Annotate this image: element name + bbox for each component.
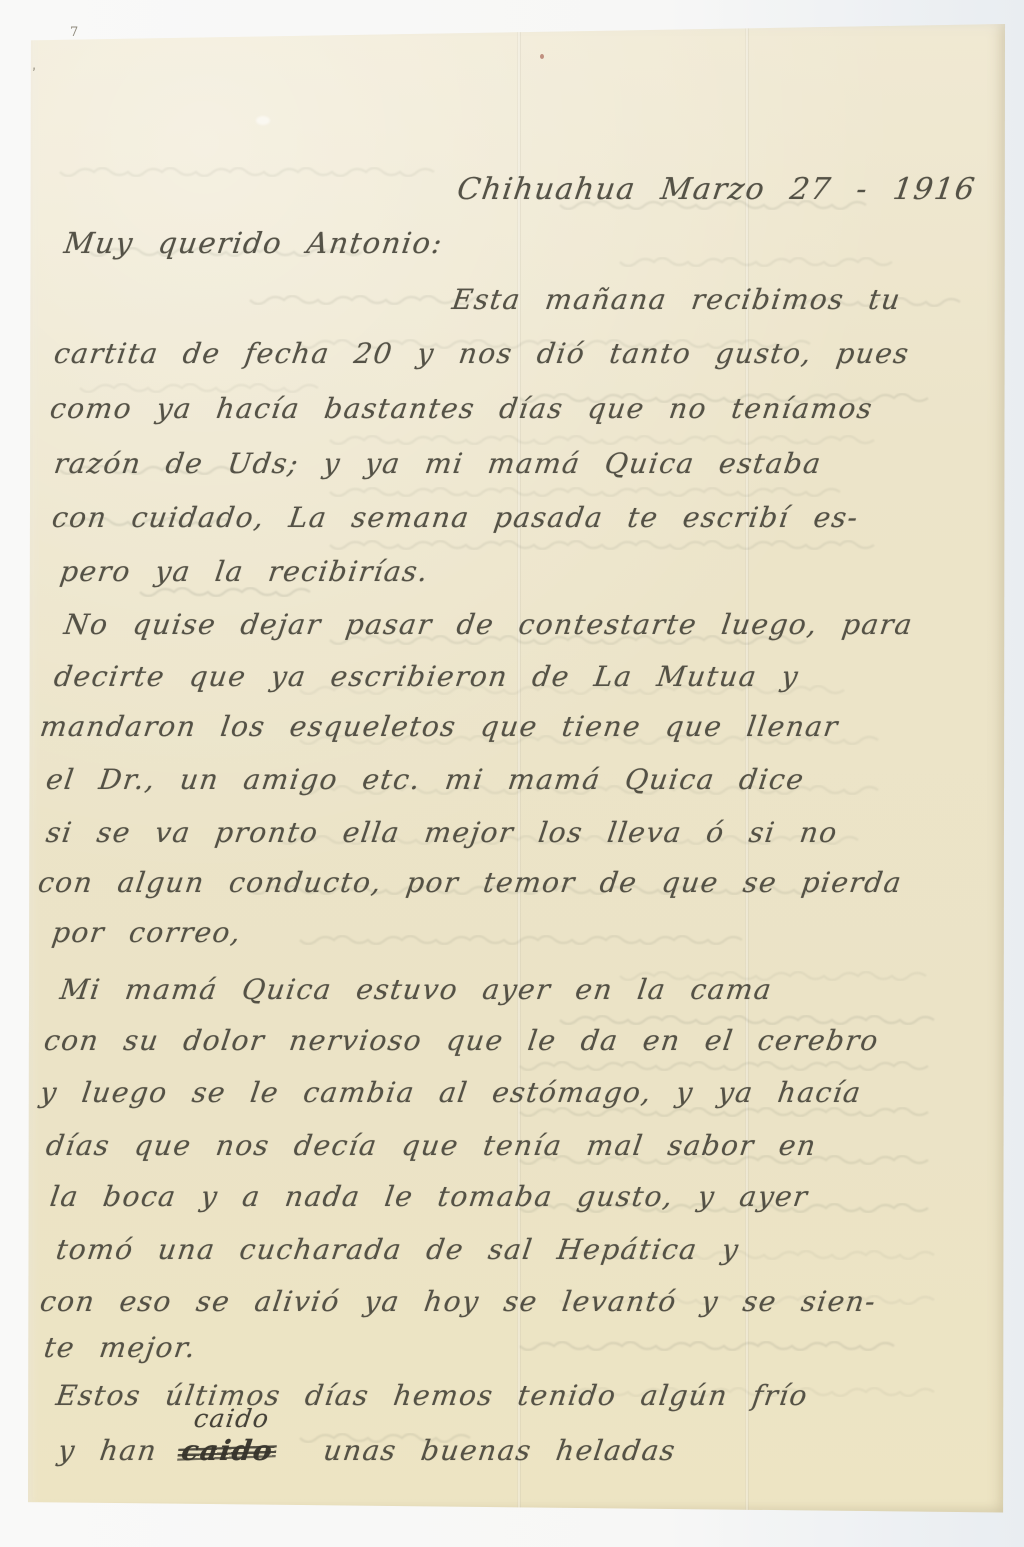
letter-line-with-correction: y han caidocaido unas buenas heladas	[56, 1434, 678, 1467]
last-line-suffix: unas buenas heladas	[321, 1434, 678, 1467]
letter-line: No quise dejar pasar de contestarte lueg…	[62, 608, 915, 641]
correction-word: caido	[192, 1404, 272, 1433]
letter-line: decirte que ya escribieron de La Mutua y	[52, 660, 801, 693]
letter-line: cartita de fecha 20 y nos dió tanto gust…	[52, 337, 912, 370]
letter-line: como ya hacía bastantes días que no tení…	[48, 392, 875, 425]
corrected-word: caidocaido	[179, 1434, 275, 1467]
date-line: Chihuahua Marzo 27 - 1916	[455, 172, 978, 207]
letter-line: Mi mamá Quica estuvo ayer en la cama	[58, 973, 775, 1006]
letter-line: la boca y a nada le tomaba gusto, y ayer	[48, 1180, 811, 1213]
letter-line: si se va pronto ella mejor los lleva ó s…	[44, 816, 840, 849]
letter-line: con su dolor nervioso que le da en el ce…	[42, 1024, 881, 1057]
letter-line: con algun conducto, por temor de que se …	[36, 866, 904, 899]
struck-word: caido	[179, 1434, 275, 1467]
salutation-line: Muy querido Antonio:	[62, 226, 445, 260]
pencil-mark: 7	[70, 25, 78, 40]
letter-line: días que nos decía que tenía mal sabor e…	[44, 1129, 819, 1162]
letter-line: Estos últimos días hemos tenido algún fr…	[54, 1379, 810, 1412]
letter-text: 7 ’ Chihuahua Marzo 27 - 1916 Muy querid…	[0, 0, 1024, 1547]
letter-line: por correo,	[50, 916, 244, 949]
letter-line: el Dr., un amigo etc. mi mamá Quica dice	[44, 763, 807, 796]
letter-line: y luego se le cambia al estómago, y ya h…	[38, 1076, 864, 1109]
letter-line: razón de Uds; y ya mi mamá Quica estaba	[52, 447, 824, 480]
letter-line: Esta mañana recibimos tu	[450, 283, 903, 316]
pencil-mark: ’	[31, 66, 39, 82]
letter-line: tomó una cucharada de sal Hepática y	[54, 1233, 742, 1266]
letter-line: con cuidado, La semana pasada te escribí…	[50, 501, 861, 534]
last-line-prefix: y han	[56, 1434, 160, 1467]
letter-line: mandaron los esqueletos que tiene que ll…	[38, 710, 841, 743]
letter-line: te mejor.	[42, 1331, 199, 1364]
letter-line: pero ya la recibirías.	[58, 555, 431, 588]
letter-line: con eso se alivió ya hoy se levantó y se…	[38, 1285, 879, 1318]
